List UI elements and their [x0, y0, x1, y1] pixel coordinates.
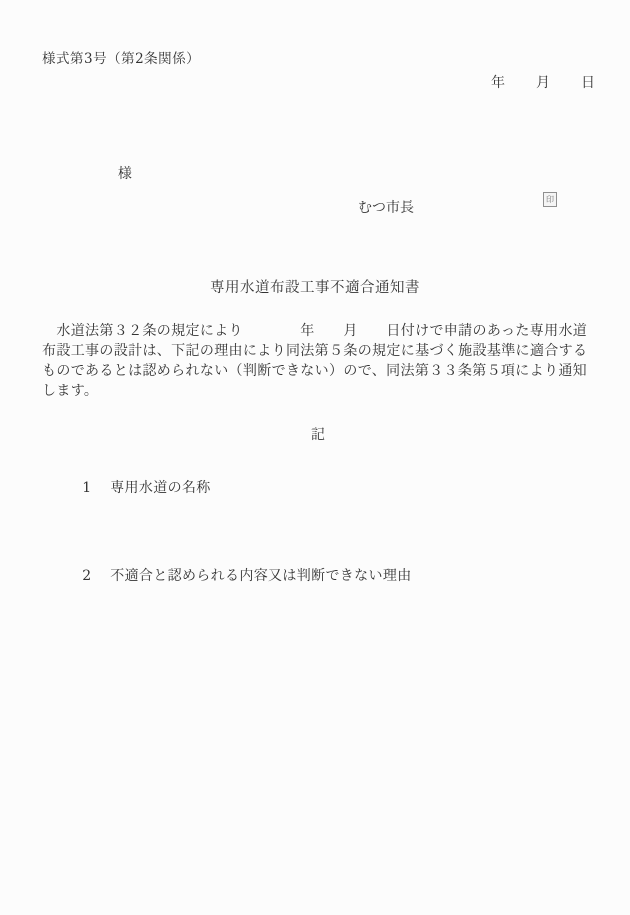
sender-title: むつ市長	[358, 197, 414, 217]
seal-placeholder-icon: 印	[543, 192, 557, 207]
notice-document-page: 様式第3号（第2条関係） 年 月 日 様 むつ市長 印 専用水道布設工事不適合通…	[0, 0, 630, 915]
list-item-1: 1専用水道の名称	[63, 461, 211, 513]
item-number: 1	[82, 480, 92, 496]
body-paragraph-line: 布設工事の設計は、下記の理由により同法第５条の規定に基づく施設基準に適合する	[42, 340, 587, 360]
body-paragraph-line: 水道法第３２条の規定により 年 月 日付けで申請のあった専用水道	[42, 320, 587, 340]
recipient-line: 様	[100, 131, 188, 199]
recipient-honorific: 様	[118, 166, 132, 182]
list-item-2: 2不適合と認められる内容又は判断できない理由	[63, 549, 412, 601]
item-label: 不適合と認められる内容又は判断できない理由	[110, 568, 411, 584]
document-title: 専用水道布設工事不適合通知書	[0, 276, 630, 297]
body-paragraph-line: ものであるとは認められない（判断できない）ので、同法第３３条第５項により通知	[42, 360, 587, 380]
item-number: 2	[82, 568, 92, 584]
seal-label: 印	[546, 195, 554, 204]
body-paragraph-line: します。	[42, 380, 98, 400]
date-line: 年 月 日	[491, 72, 596, 92]
item-label: 専用水道の名称	[110, 480, 210, 496]
form-number: 様式第3号（第2条関係）	[42, 47, 200, 67]
section-marker-ki: 記	[0, 424, 630, 444]
